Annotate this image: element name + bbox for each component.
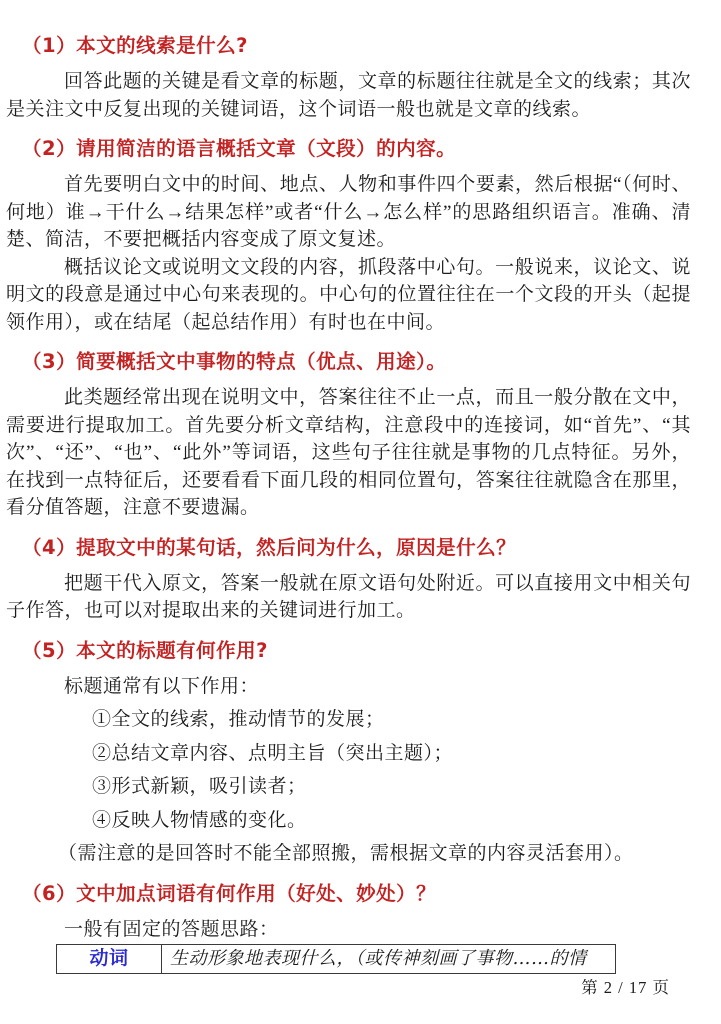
answer-table: 动词 生动形象地表现什么，（或传神刻画了事物……的情 — [56, 944, 616, 974]
body-paragraph-1: 回答此题的关键是看文章的标题，文章的标题往往就是全文的线索；其次是关注文中反复出… — [6, 68, 691, 123]
list-item-4: ④反映人物情感的变化。 — [92, 807, 691, 835]
answer-approach-intro: 一般有固定的答题思路： — [6, 916, 691, 944]
title-functions-intro: 标题通常有以下作用： — [6, 673, 691, 701]
page-number: 第 2 / 17 页 — [6, 978, 691, 998]
list-item-1: ①全文的线索，推动情节的发展； — [92, 706, 691, 734]
list-item-2: ②总结文章内容、点明主旨（突出主题）； — [92, 740, 691, 768]
table-row: 动词 生动形象地表现什么，（或传神刻画了事物……的情 — [57, 945, 616, 974]
question-heading-4: （4）提取文中的某句话，然后问为什么，原因是什么？ — [22, 534, 691, 562]
body-paragraph-4: 把题干代入原文，答案一般就在原文语句处附近。可以直接用文中相关句子作答，也可以对… — [6, 570, 691, 625]
list-item-3: ③形式新颖，吸引读者； — [92, 773, 691, 801]
explanation-cell: 生动形象地表现什么，（或传神刻画了事物……的情 — [162, 945, 616, 974]
term-cell-verb: 动词 — [57, 945, 162, 974]
question-heading-5: （5）本文的标题有何作用? — [22, 637, 691, 665]
question-heading-3: （3）简要概括文中事物的特点（优点、用途）。 — [22, 348, 691, 376]
question-heading-2: （2）请用简洁的语言概括文章（文段）的内容。 — [22, 135, 691, 163]
body-paragraph-2b: 概括议论文或说明文文段的内容，抓段落中心句。一般说来，议论文、说明文的段意是通过… — [6, 254, 691, 337]
question-heading-6: （6）文中加点词语有何作用（好处、妙处）？ — [22, 880, 691, 908]
caution-note: （需注意的是回答时不能全部照搬，需根据文章的内容灵活套用）。 — [6, 840, 691, 868]
body-paragraph-2a: 首先要明白文中的时间、地点、人物和事件四个要素，然后根据“（何时、何地）谁→干什… — [6, 171, 691, 254]
body-paragraph-3: 此类题经常出现在说明文中，答案往往不止一点，而且一般分散在文中，需要进行提取加工… — [6, 384, 691, 522]
document-page: （1）本文的线索是什么? 回答此题的关键是看文章的标题，文章的标题往往就是全文的… — [0, 0, 721, 1024]
question-heading-1: （1）本文的线索是什么? — [22, 32, 691, 60]
